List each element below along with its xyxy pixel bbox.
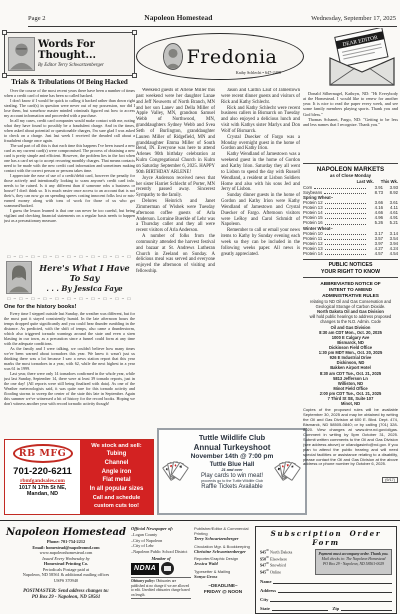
article-paragraph: In all my cases, credit card companies w… xyxy=(4,118,135,143)
ndna-seal-icon xyxy=(161,562,174,575)
decorative-border: □ ~ □ ~ □ ~ □ ~ □ ~ □ ~ □ ~ □ ~ □ ~ □ ~ … xyxy=(4,296,135,301)
editorial-headline: Trials & Tribulations Of Being Hacked xyxy=(4,79,135,86)
column-body: Every time I stepped outside last Sunday… xyxy=(4,311,135,429)
column-byline: . . . By Jessica Faye xyxy=(36,284,133,293)
news-paragraph: Delores Heinrich and Janet Zimmerman of … xyxy=(136,199,215,234)
subscription-title: Subscription Order Form xyxy=(260,529,392,547)
public-notices-header: PUBLIC NOTICES YOUR RIGHT TO KNOW xyxy=(303,259,398,279)
dear-editor-envelope-icon: DEAR EDITOR xyxy=(328,28,396,88)
column-byline: By Editor Terry Schwartzenberger xyxy=(38,63,131,68)
markets-subtitle: as of Close Monday xyxy=(303,173,398,178)
club-name: Tuttle Wildlife Club xyxy=(159,433,305,442)
article-paragraph: As the family and I were talking, we cou… xyxy=(4,346,135,371)
rbmfg-ad: RB MFG 701-220-6211 rbmfgandsales.com 10… xyxy=(4,439,154,515)
subscription-form: Subscription Order Form $4500 North Dako… xyxy=(255,526,397,614)
page-number: Page 2 xyxy=(28,15,46,22)
fredonia-section: Fredonia Kathy Schlecht • 647-2408 Weeke… xyxy=(136,33,300,403)
rbmfg-address: 1017 N 17th St NE, Mandan, ND xyxy=(5,485,80,497)
obituary-policy: Obituary policy: Obituaries are publishe… xyxy=(131,577,191,599)
column-title: Words For Thought... xyxy=(38,40,131,61)
article-paragraph: Every time I stepped outside last Sunday… xyxy=(4,311,135,346)
paper-name: Napoleon Homestead xyxy=(144,13,212,22)
words-for-thought-masthead: Words For Thought... By Editor Terry Sch… xyxy=(4,32,135,76)
article-paragraph: I don't know if I would be quick to call… xyxy=(4,98,135,118)
news-paragraph: Kathy Wendland of Jamestown was a weeken… xyxy=(221,152,300,193)
news-paragraph: Rick and Kathy Schlecht were recent busi… xyxy=(221,106,300,135)
fredonia-columnist-photo xyxy=(163,43,183,70)
page-header: Page 2 Napoleon Homestead Wednesday, Sep… xyxy=(28,13,396,22)
markets-col-this: This Wk. xyxy=(381,179,398,184)
news-paragraph: Jason and Caitlin Lauf of Jamestown were… xyxy=(221,88,300,106)
fredonia-masthead: Fredonia Kathy Schlecht • 647-2408 xyxy=(136,33,304,80)
city-field: City xyxy=(260,597,392,602)
letter: Donald Silbernagel, Kathryn, ND: "Hi Eve… xyxy=(303,91,398,117)
fredonia-column-2: Jason and Caitlin Lauf of Jamestown were… xyxy=(221,88,300,403)
fredonia-byline: Kathy Schlecht • 647-2408 xyxy=(236,70,281,75)
masthead-staff: Publisher/Editor & Commercial Printing T… xyxy=(194,526,252,614)
letter: Thomas Schanet, Fargo, ND: "Getting to b… xyxy=(303,117,398,127)
left-column: Words For Thought... By Editor Terry Sch… xyxy=(4,32,135,429)
article-paragraph: The sad part of all this is that each ti… xyxy=(4,143,135,173)
column-title: Here's What I Have To Say xyxy=(36,263,133,283)
masthead-official: Official Newspaper of: –Logan County –Ci… xyxy=(131,526,191,614)
payment-note: Payment must accompany order. Thank you.… xyxy=(315,549,392,575)
newspaper-page: Page 2 Napoleon Homestead Wednesday, Sep… xyxy=(0,0,400,614)
fredonia-column-1: Weekend guests of Arlene Miller this pas… xyxy=(136,88,215,403)
rbmfg-phone: 701-220-6211 xyxy=(5,466,80,477)
fredonia-title: Fredonia xyxy=(187,46,278,68)
page-date: Wednesday, September 17, 2025 xyxy=(311,15,396,22)
article-paragraph: I appreciate the ease of use of a credit… xyxy=(4,173,135,208)
markets-title: NAPOLEON MARKETS xyxy=(303,166,398,173)
news-paragraph: Joyce Anderson received news that her si… xyxy=(136,176,215,199)
masthead: Napoleon Homestead Phone: 701-754-2212 E… xyxy=(0,520,400,614)
deadline-note: –DEADLINE– FRIDAY @ NOON xyxy=(194,583,252,596)
news-paragraph: A number of folks from the community att… xyxy=(136,234,215,275)
jessica-photo xyxy=(6,261,32,294)
state-zip-field: StateZip xyxy=(260,606,392,611)
right-column: DEAR EDITOR Donald Silbernagel, Kathryn,… xyxy=(303,28,398,486)
price-item: $4500 Online xyxy=(260,569,312,576)
markets-col-last: Last Wk. xyxy=(357,179,374,184)
address-field: Address xyxy=(260,588,392,593)
news-paragraph: Remember to call or email your news item… xyxy=(221,228,300,257)
heres-what-masthead: □ ~ □ ~ □ ~ □ ~ □ ~ □ ~ □ ~ □ ~ □ ~ □ ~ … xyxy=(4,254,135,301)
news-paragraph: Weekend guests of Arlene Miller this pas… xyxy=(136,88,215,176)
letters-to-editor: Donald Silbernagel, Kathryn, ND: "Hi Eve… xyxy=(303,91,398,161)
playing-cards-icon: ♠ ♥ ♦ ♣ xyxy=(161,456,191,490)
name-field: Name xyxy=(260,579,392,584)
article-paragraph: Over the course of the most recent years… xyxy=(4,88,135,98)
tuttle-wildlife-ad: ♠ ♥ ♦ ♣ ♣ ♦ ♥ ♠ Tuttle Wildlife Club Ann… xyxy=(157,428,307,515)
article-paragraph: I guess the lesson learned is that one c… xyxy=(4,208,135,223)
rbmfg-product-panel: We stock and sell: Tubing Channel Angle … xyxy=(80,440,153,514)
header-rule xyxy=(28,26,397,27)
postmaster-note: POSTMASTER: Send address changes to: PO … xyxy=(4,589,128,602)
news-paragraph: Crystal Duecker of Fargo was a Monday ov… xyxy=(221,135,300,153)
editor-photo xyxy=(8,37,35,71)
column-headline: One for the history books! xyxy=(4,304,135,310)
masthead-title: Napoleon Homestead xyxy=(4,526,128,539)
public-notice: ABBREVIATED NOTICE OF INTENT TO AMEND AD… xyxy=(303,281,398,486)
subscription-prices: $4500 North Dakota $5000 Elsewhere $4700… xyxy=(260,549,312,575)
official-item: –Napoleon Public School District xyxy=(131,549,191,555)
playing-cards-icon: ♣ ♦ ♥ ♠ xyxy=(273,456,303,490)
article-paragraph: Last year, there were only 14 tornadoes … xyxy=(4,371,135,406)
markets-box: NAPOLEON MARKETS as of Close Monday Last… xyxy=(303,163,398,256)
rbmfg-website: rbmfgandsales.com xyxy=(5,478,80,484)
decorative-border: □ ~ □ ~ □ ~ □ ~ □ ~ □ ~ □ ~ □ ~ □ ~ □ ~ … xyxy=(4,254,135,259)
event-name: Annual Turkeyshoot xyxy=(159,443,305,452)
notice-run-date: (9/17) xyxy=(382,477,398,483)
news-paragraph: Sunday dinner guests in the home of Gord… xyxy=(221,193,300,228)
masthead-contact: Napoleon Homestead Phone: 701-754-2212 E… xyxy=(4,526,128,614)
ndna-logo: NDNA xyxy=(131,563,159,574)
market-row: Protein 144.574.54 xyxy=(303,251,398,256)
editorial-body: Over the course of the most recent years… xyxy=(4,88,135,252)
rbmfg-logo: RB MFG xyxy=(13,444,73,463)
